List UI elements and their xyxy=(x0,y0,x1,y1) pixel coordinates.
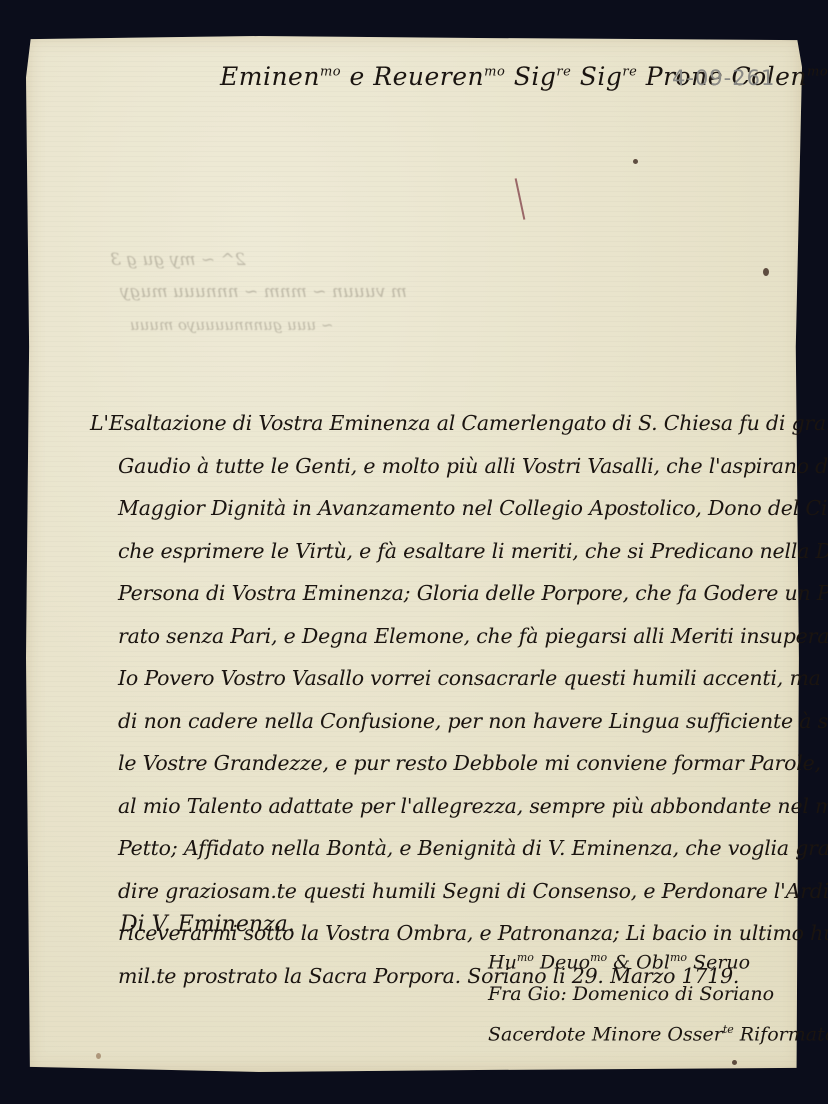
body-line: Petto; Affidato nella Bontà, e Benignità… xyxy=(90,827,790,870)
foxing-spot xyxy=(96,1053,101,1059)
signature-title: Sacerdote Minore Osserte Riformato xyxy=(488,1012,798,1048)
body-line: le Vostre Grandezze, e pur resto Debbole… xyxy=(90,742,790,785)
bleed-through-text: 2^ ~ my gu g 3 xyxy=(110,250,246,270)
body-line: L'Esaltazione di Vostra Eminenza al Came… xyxy=(90,402,790,445)
ink-blot xyxy=(633,159,638,164)
closing-line: Di V. Eminenza. xyxy=(120,912,295,937)
body-line: Gaudio à tutte le Genti, e molto più all… xyxy=(90,445,790,488)
body-line: dire graziosam.te questi humili Segni di… xyxy=(90,870,790,913)
body-line: Maggior Dignità in Avanzamento nel Colle… xyxy=(90,487,790,530)
salutation-part: e Reuerenmo xyxy=(341,62,505,91)
body-line: Persona di Vostra Eminenza; Gloria delle… xyxy=(90,572,790,615)
salutation-part: Sigre xyxy=(571,62,637,91)
archive-number: 4-09-261 xyxy=(672,66,775,90)
body-line: rato senza Pari, e Degna Elemone, che fà… xyxy=(90,615,790,658)
signature-name: Fra Gio: Domenico di Soriano xyxy=(488,976,798,1012)
bleed-through-text: m vuuun ~ mnm ~ nnnuuu mugy xyxy=(120,282,407,302)
body-line: che esprimere le Virtù, e fà esaltare li… xyxy=(90,530,790,573)
body-line: Io Povero Vostro Vasallo vorrei consacra… xyxy=(90,657,790,700)
letter-body: L'Esaltazione di Vostra Eminenza al Came… xyxy=(90,402,790,997)
body-line: al mio Talento adattate per l'allegrezza… xyxy=(90,785,790,828)
body-line: di non cadere nella Confusione, per non … xyxy=(90,700,790,743)
salutation-part: Eminenmo xyxy=(220,62,341,91)
document-scan: Eminenmo e Reuerenmo Sigre Sigre Prone C… xyxy=(0,0,828,1104)
bleed-through-text: ~ uuu gunnnuuuuyo muuu xyxy=(130,316,333,334)
ink-blot xyxy=(763,268,769,276)
salutation-part: Sigre xyxy=(505,62,571,91)
ink-blot xyxy=(732,1060,737,1065)
signature-line: Humo Deuomo & Oblmo Seruo xyxy=(488,940,798,976)
signature-block: Humo Deuomo & Oblmo Seruo Fra Gio: Domen… xyxy=(488,940,798,1048)
